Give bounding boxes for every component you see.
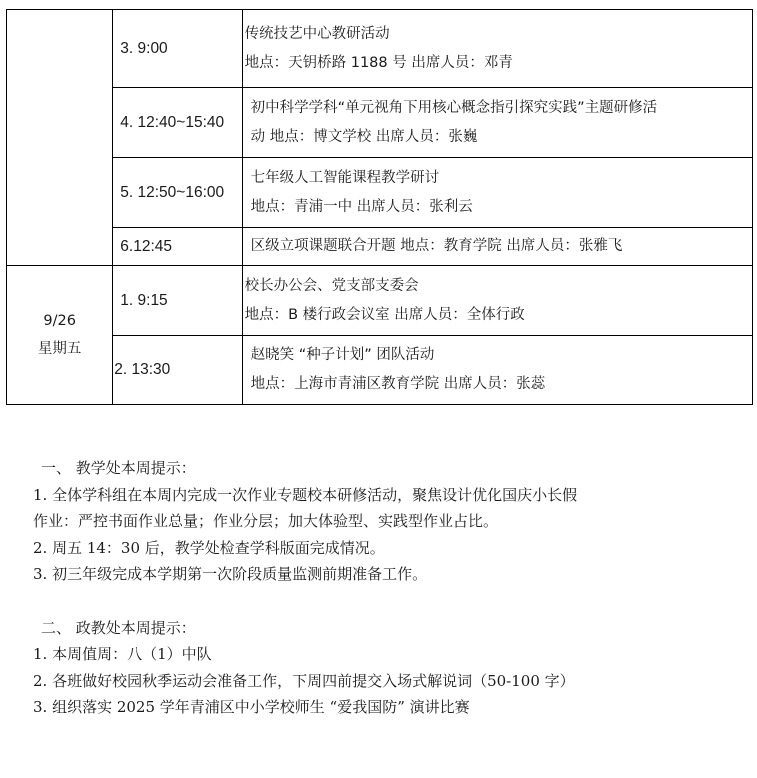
time-label: 1. 9:15 <box>120 292 167 309</box>
note-item: 1. 全体学科组在本周内完成一次作业专题校本研修活动，聚焦设计优化国庆小长假 <box>33 482 748 509</box>
date-label: 9/26 <box>7 307 112 335</box>
event-title: 校长办公会、党支部支委会 <box>245 272 752 301</box>
weekly-notes: 一、 教学处本周提示： 1. 全体学科组在本周内完成一次作业专题校本研修活动，聚… <box>33 455 748 721</box>
event-title: 初中科学学科“单元视角下用核心概念指引探究实践”主题研修活 <box>251 94 752 123</box>
time-label: 5. 12:50~16:00 <box>120 184 224 201</box>
event-location-attendee: 地点：上海市青浦区教育学院 出席人员：张蕊 <box>251 370 752 399</box>
event-location-attendee: 动 地点：博文学校 出席人员：张巍 <box>251 123 752 152</box>
event-title: 传统技艺中心教研活动 <box>245 20 752 49</box>
weekday-label: 星期五 <box>7 335 112 363</box>
date-cell: 9/26 星期五 <box>7 266 113 405</box>
section-heading: 二、 政教处本周提示： <box>33 615 748 642</box>
time-label: 4. 12:40~15:40 <box>120 114 224 131</box>
note-item-continuation: 作业：严控书面作业总量；作业分层；加大体验型、实践型作业占比。 <box>33 508 748 535</box>
schedule-row: 4. 12:40~15:40 初中科学学科“单元视角下用核心概念指引探究实践”主… <box>7 88 753 158</box>
time-cell: 2. 13:30 <box>113 336 242 405</box>
event-detail-cell: 七年级人工智能课程教学研讨 地点：青浦一中 出席人员：张利云 <box>242 158 752 228</box>
time-cell: 6.12:45 <box>113 228 242 266</box>
schedule-row: 3. 9:00 传统技艺中心教研活动 地点：天钥桥路 1188 号 出席人员：邓… <box>7 10 753 88</box>
time-cell: 1. 9:15 <box>113 266 242 336</box>
time-label: 2. 13:30 <box>114 361 170 378</box>
event-location-attendee: 地点：B 楼行政会议室 出席人员：全体行政 <box>245 301 752 330</box>
time-label: 3. 9:00 <box>120 40 167 57</box>
moral-education-notes-section: 二、 政教处本周提示： 1. 本周值周：八（1）中队 2. 各班做好校园秋季运动… <box>33 615 748 721</box>
event-detail-cell: 区级立项课题联合开题 地点：教育学院 出席人员：张雅飞 <box>242 228 752 266</box>
event-title-location-attendee: 区级立项课题联合开题 地点：教育学院 出席人员：张雅飞 <box>251 232 752 261</box>
event-detail-cell: 校长办公会、党支部支委会 地点：B 楼行政会议室 出席人员：全体行政 <box>242 266 752 336</box>
schedule-row: 5. 12:50~16:00 七年级人工智能课程教学研讨 地点：青浦一中 出席人… <box>7 158 753 228</box>
schedule-row: 2. 13:30 赵晓笑 “种子计划” 团队活动 地点：上海市青浦区教育学院 出… <box>7 336 753 405</box>
note-item: 3. 初三年级完成本学期第一次阶段质量监测前期准备工作。 <box>33 561 748 588</box>
note-item: 3. 组织落实 2025 学年青浦区中小学校师生 “爱我国防” 演讲比赛 <box>33 694 748 721</box>
note-item: 1. 本周值周：八（1）中队 <box>33 641 748 668</box>
section-spacer <box>33 588 748 615</box>
section-heading: 一、 教学处本周提示： <box>33 455 748 482</box>
event-detail-cell: 赵晓笑 “种子计划” 团队活动 地点：上海市青浦区教育学院 出席人员：张蕊 <box>242 336 752 405</box>
time-cell: 3. 9:00 <box>113 10 242 88</box>
time-cell: 4. 12:40~15:40 <box>113 88 242 158</box>
event-detail-cell: 初中科学学科“单元视角下用核心概念指引探究实践”主题研修活 动 地点：博文学校 … <box>242 88 752 158</box>
time-cell: 5. 12:50~16:00 <box>113 158 242 228</box>
teaching-notes-section: 一、 教学处本周提示： 1. 全体学科组在本周内完成一次作业专题校本研修活动，聚… <box>33 455 748 588</box>
event-detail-cell: 传统技艺中心教研活动 地点：天钥桥路 1188 号 出席人员：邓青 <box>242 10 752 88</box>
note-item: 2. 周五 14：30 后，教学处检查学科版面完成情况。 <box>33 535 748 562</box>
schedule-row: 6.12:45 区级立项课题联合开题 地点：教育学院 出席人员：张雅飞 <box>7 228 753 266</box>
event-location-attendee: 地点：天钥桥路 1188 号 出席人员：邓青 <box>245 49 752 78</box>
event-title: 赵晓笑 “种子计划” 团队活动 <box>251 341 752 370</box>
event-title: 七年级人工智能课程教学研讨 <box>251 164 752 193</box>
time-label: 6.12:45 <box>120 238 172 255</box>
date-cell <box>7 10 113 266</box>
weekly-schedule-table: 3. 9:00 传统技艺中心教研活动 地点：天钥桥路 1188 号 出席人员：邓… <box>6 9 753 405</box>
event-location-attendee: 地点：青浦一中 出席人员：张利云 <box>251 193 752 222</box>
note-item: 2. 各班做好校园秋季运动会准备工作，下周四前提交入场式解说词（50-100 字… <box>33 668 748 695</box>
schedule-row: 9/26 星期五 1. 9:15 校长办公会、党支部支委会 地点：B 楼行政会议… <box>7 266 753 336</box>
